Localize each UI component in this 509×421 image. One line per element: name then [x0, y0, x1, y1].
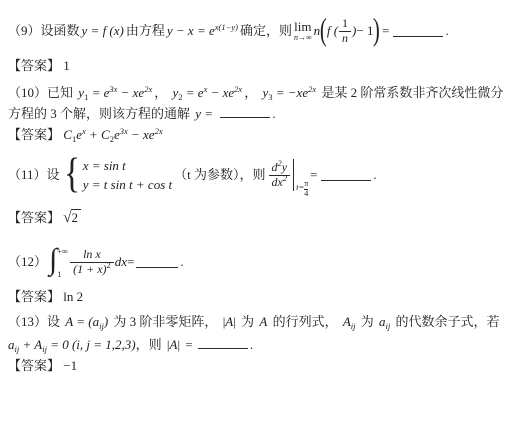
- answer-label: 【答案】: [8, 58, 60, 73]
- q13-text5: 的代数余子式，若: [396, 314, 500, 329]
- answer-value: ln 2: [63, 289, 83, 304]
- question-12: （12） ∫ +∞1 ln x(1 + x)2 dx = .: [8, 240, 501, 284]
- question-9: （9）设函数 y = f (x) 由方程 y − x = ex(1−y) 确定，…: [8, 8, 501, 54]
- q11-param-note: （t 为参数），则: [174, 166, 265, 185]
- q10-y2-rhs2: − xe: [207, 85, 234, 100]
- squared: 2: [107, 260, 111, 270]
- q13-l2-equals: =: [185, 337, 192, 352]
- second-derivative-fraction: d2ydx2: [269, 161, 291, 190]
- eval-t-equals: t=: [296, 182, 304, 192]
- q11-text-pre: 设: [47, 166, 60, 185]
- q11-number: （11）: [8, 166, 47, 185]
- q13-period: .: [250, 337, 253, 352]
- a10-e3-sup: 2x: [155, 126, 163, 136]
- q10-y3-sup: 2x: [308, 84, 316, 94]
- q13-matrix-def: A = (a: [65, 314, 99, 329]
- q10-y3-rhs: = −xe: [273, 85, 309, 100]
- q10-text-pre: 已知: [47, 85, 73, 100]
- answer-label: 【答案】: [8, 358, 60, 373]
- answer-label: 【答案】: [8, 210, 60, 225]
- sqrt-2: √2: [63, 208, 81, 230]
- answer-10: 【答案】 C1ex + C2e3x − xe2x: [8, 126, 501, 145]
- parametric-equations: x = sin ty = t sin t + cos t: [83, 156, 172, 195]
- evaluation-bar: t=π4: [293, 159, 308, 191]
- q10-text-tail: 是某 2 阶常系数非齐次线性微分: [321, 85, 503, 100]
- pi-over-4: π4: [304, 180, 308, 199]
- derivative-denominator: dx2: [269, 175, 291, 190]
- q9-number: （9）: [8, 22, 41, 41]
- q9-f-open: f (: [327, 22, 338, 41]
- q9-text-mid2: 确定，则: [240, 22, 292, 41]
- q9-equals: =: [382, 22, 389, 41]
- q9-eq-exponent: x(1−y): [215, 22, 238, 32]
- q9-text-mid1: 由方程: [126, 22, 165, 41]
- limit-word: lim: [294, 20, 312, 33]
- integral-limits: +∞1: [57, 246, 68, 279]
- q13-matrix-close: ): [104, 314, 108, 329]
- answer-label: 【答案】: [8, 289, 60, 304]
- q12-dx: dx: [115, 253, 127, 272]
- pi-symbol: π: [304, 180, 308, 189]
- dx-symbol: dx: [272, 175, 283, 189]
- q11-period: .: [373, 166, 376, 185]
- question-10-line1: （10）已知 y1 = e3x − xe2x， y2 = ex − xe2x， …: [8, 84, 501, 103]
- answer-blank: [198, 337, 248, 349]
- q13-entry-sub: ij: [386, 321, 391, 331]
- answer-blank: [321, 169, 371, 181]
- dx-sup: 2: [283, 173, 287, 183]
- q9-minus-one: − 1: [356, 22, 373, 41]
- question-11: （11）设 { x = sin ty = t sin t + cos t （t …: [8, 150, 501, 200]
- q10-comma1: ，: [154, 85, 167, 100]
- question-13-line1: （13）设 A = (aij) 为 3 阶非零矩阵， |A| 为 A 的行列式，…: [8, 313, 501, 332]
- evaluation-point: t=π4: [296, 180, 308, 199]
- q13-text4: 为: [361, 314, 374, 329]
- answer-11: 【答案】 √2: [8, 208, 501, 230]
- answer-blank: [136, 256, 178, 268]
- upper-limit: +∞: [57, 247, 68, 256]
- det-bar-right: |: [177, 337, 180, 352]
- exam-page: （9）设函数 y = f (x) 由方程 y − x = ex(1−y) 确定，…: [0, 0, 509, 376]
- answer-blank: [220, 106, 270, 118]
- answer-blank: [393, 25, 443, 37]
- answer-value: −1: [63, 358, 77, 373]
- q10-text-line2: 方程的 3 个解，则该方程的通解: [8, 106, 190, 121]
- question-10-line2: 方程的 3 个解，则该方程的通解 y = .: [8, 105, 501, 124]
- a10-minus-xe: − xe: [128, 127, 155, 142]
- q13-text2: 为: [241, 314, 254, 329]
- det-bar-right: |: [233, 314, 236, 329]
- case-x: x = sin t: [83, 156, 172, 176]
- q13-text3: 的行列式，: [273, 314, 338, 329]
- a10-e2-sup: 3x: [120, 126, 128, 136]
- a10-c1: C: [63, 127, 72, 142]
- one-plus-x: (1 + x): [73, 262, 106, 276]
- radicand: 2: [71, 209, 82, 225]
- q13-cofactor-sub: ij: [351, 321, 356, 331]
- q9-text-pre: 设函数: [41, 22, 80, 41]
- q11-equals: =: [310, 166, 317, 185]
- q10-number: （10）: [8, 85, 47, 100]
- q10-y1-rhs1: = e: [88, 85, 109, 100]
- q13-cofactor: A: [343, 314, 351, 329]
- q10-y1-rhs2: − xe: [117, 85, 144, 100]
- a10-plus-c2: + C: [86, 127, 110, 142]
- answer-13: 【答案】 −1: [8, 357, 501, 376]
- fraction-numerator: 1: [339, 17, 351, 31]
- integrand-fraction: ln x(1 + x)2: [70, 248, 114, 277]
- four: 4: [304, 189, 308, 199]
- q13-number: （13）: [8, 314, 47, 329]
- q9-period: .: [445, 22, 448, 41]
- question-13-line2: aij + Aij = 0 (i, j = 1,2,3)，则 |A| = .: [8, 336, 501, 355]
- q13-l2-eq-zero: = 0 (i, j = 1,2,3): [47, 337, 136, 352]
- limit-operator: limn→∞: [294, 20, 312, 42]
- answer-value: 1: [63, 58, 70, 73]
- q10-period: .: [272, 106, 275, 121]
- q9-eq-implicit: y − x = e: [167, 23, 215, 38]
- integrand-denominator: (1 + x)2: [70, 262, 114, 277]
- q13-text1: 为 3 阶非零矩阵，: [113, 314, 217, 329]
- q9-eq-fx: y = f (x): [82, 22, 124, 41]
- q13-l2-comma: ，则: [136, 337, 162, 352]
- limit-subscript: n→∞: [294, 34, 312, 42]
- q13-A: A: [259, 314, 267, 329]
- q12-number: （12）: [8, 253, 47, 272]
- fraction-denominator: n: [339, 31, 351, 46]
- q12-equals: =: [127, 253, 134, 272]
- q10-comma2: ，: [244, 85, 257, 100]
- lower-limit: 1: [57, 270, 68, 279]
- q10-y1-sup2: 2x: [144, 84, 152, 94]
- q13-l2-plusA: + A: [19, 337, 42, 352]
- fraction-1-over-n: 1n: [339, 17, 351, 46]
- answer-12: 【答案】 ln 2: [8, 288, 501, 307]
- q12-period: .: [180, 253, 183, 272]
- q10-y2-rhs1: = e: [183, 85, 204, 100]
- q10-y-equals: y =: [195, 106, 213, 121]
- answer-9: 【答案】 1: [8, 57, 501, 76]
- case-y: y = t sin t + cos t: [83, 175, 172, 195]
- q10-y2-sup2: 2x: [234, 84, 242, 94]
- answer-label: 【答案】: [8, 127, 60, 142]
- q13-text-pre: 设: [47, 314, 60, 329]
